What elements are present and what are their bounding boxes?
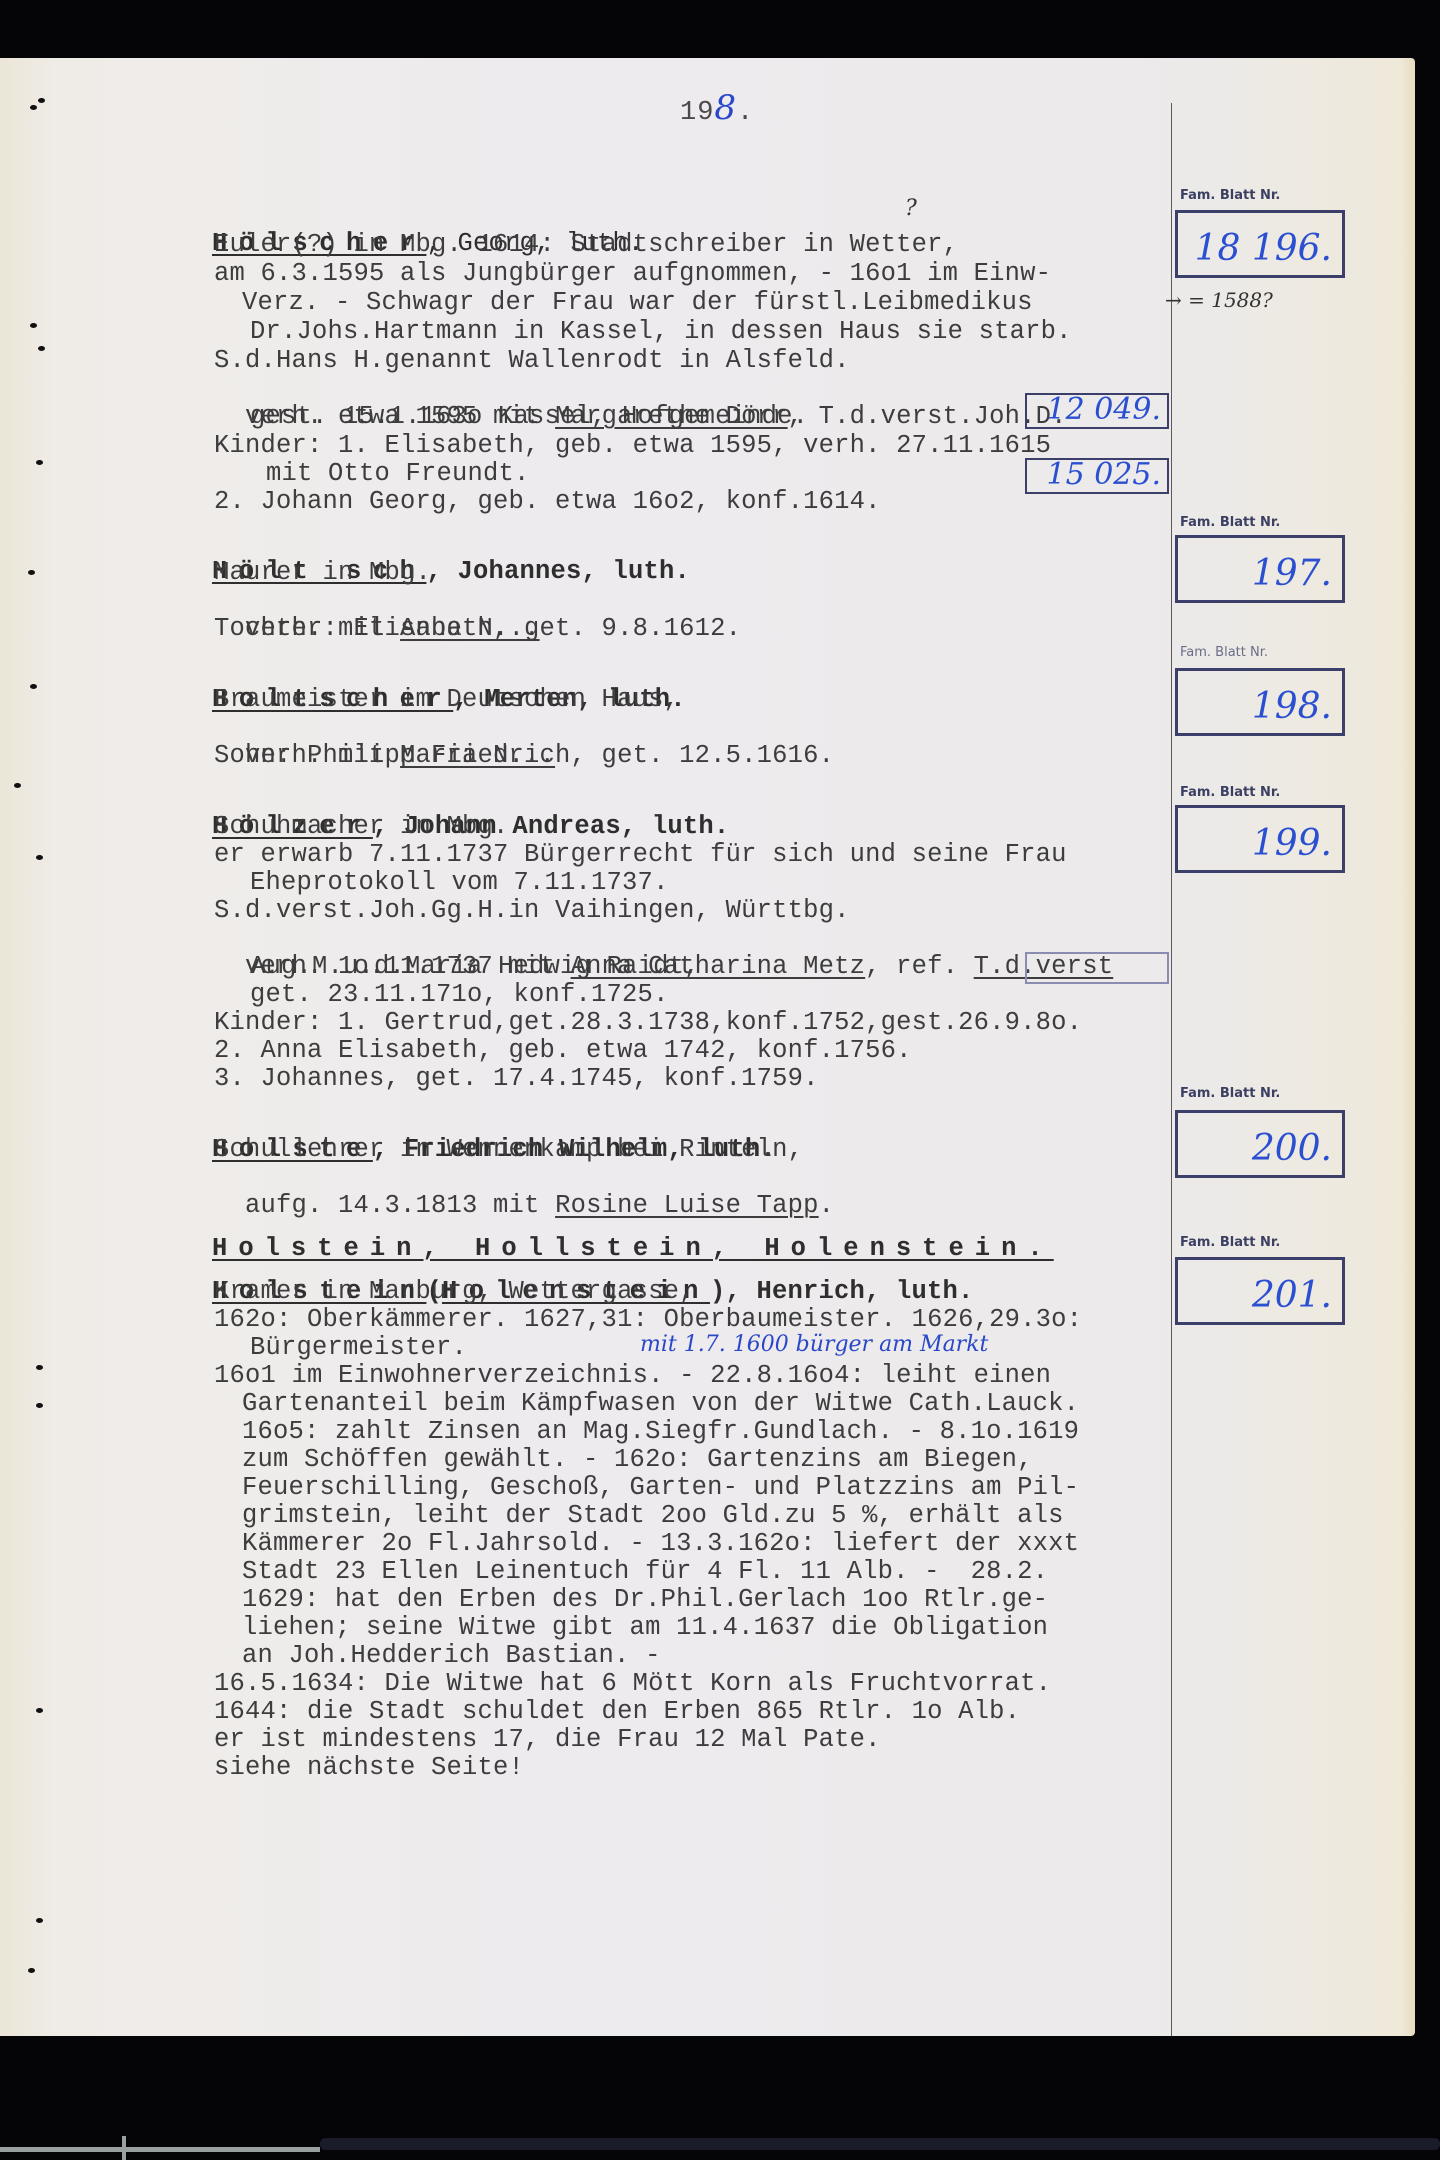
- entry-line: 1629: hat den Erben des Dr.Phil.Gerlach …: [242, 1586, 1048, 1614]
- family-sheet-stamp: 201.: [1175, 1257, 1345, 1325]
- family-sheet-stamp: 200.: [1175, 1110, 1345, 1178]
- binding-hole: [30, 323, 37, 328]
- stamp-label: Fam. Blatt Nr.: [1180, 1086, 1280, 1101]
- family-sheet-number: 198.: [1252, 686, 1332, 727]
- handwritten-note: mit 1.7. 1600 bürger am Markt: [640, 1332, 988, 1357]
- entry-line: Sohn: Philipp Friedrich, get. 12.5.1616.: [214, 742, 834, 770]
- binding-hole: [36, 855, 43, 860]
- entry-line: am 6.3.1595 als Jungbürger aufgnommen, -…: [214, 260, 1051, 288]
- entry-line: siehe nächste Seite!: [214, 1754, 524, 1782]
- stamp-label: Fam. Blatt Nr.: [1180, 515, 1280, 530]
- entry-given-names: , Johannes, luth.: [426, 557, 690, 586]
- entry-line: Stadt 23 Ellen Leinentuch für 4 Fl. 11 A…: [242, 1558, 1048, 1586]
- text-segment: , ref.: [865, 952, 974, 981]
- binding-hole: [36, 1365, 43, 1370]
- page-number: 198.: [680, 88, 754, 128]
- binding-hole: [30, 684, 37, 689]
- entry-given-names: ), Henrich, luth.: [710, 1277, 974, 1306]
- binding-hole: [28, 570, 35, 575]
- reference-box: 12 049.: [1025, 393, 1169, 429]
- reference-box: 15 025.: [1025, 458, 1169, 494]
- entry-line: 1644: die Stadt schuldet den Erben 865 R…: [214, 1698, 1020, 1726]
- entry-line: Kramer in Marburg, Wettergasse,: [214, 1278, 695, 1306]
- entry-line: 3. Johannes, get. 17.4.1745, konf.1759.: [214, 1065, 819, 1093]
- entry-line: Eheprotokoll vom 7.11.1737.: [250, 869, 669, 897]
- entry-line: Dr.Johs.Hartmann in Kassel, in dessen Ha…: [250, 318, 1072, 346]
- entry-line: er erwarb 7.11.1737 Bürgerrecht für sich…: [214, 841, 1067, 869]
- margin-rule: [1171, 103, 1172, 2036]
- entry-line: Maurer in Mbg.: [214, 559, 431, 587]
- stamp-label: Fam. Blatt Nr.: [1180, 785, 1280, 800]
- entry-line: 2. Anna Elisabeth, geb. etwa 1742, konf.…: [214, 1037, 912, 1065]
- margin-annotation: → = 1588?: [1165, 288, 1273, 312]
- binding-hole: [30, 105, 37, 110]
- reference-number: 15 025.: [1046, 457, 1161, 492]
- binding-hole: [28, 1968, 35, 1973]
- stamp-label: Fam. Blatt Nr.: [1180, 188, 1280, 203]
- binding-hole: [36, 1403, 43, 1408]
- stamp-label: Fam. Blatt Nr.: [1180, 1235, 1280, 1250]
- entry-line: Kinder: 1. Elisabeth, geb. etwa 1595, ve…: [214, 432, 1051, 460]
- entry-line: get. 23.11.171o, konf.1725.: [250, 981, 669, 1009]
- entry-line: Aug.M.u.d.Maria Hedwig Raidt,: [250, 953, 700, 981]
- entry-line: Tochter: Elisabeth, get. 9.8.1612.: [214, 615, 741, 643]
- entry-line: S.d.verst.Joh.Gg.H.in Vaihingen, Württbg…: [214, 897, 850, 925]
- scanner-edge: [0, 2147, 320, 2152]
- entry-line: Euler(?) in Mbg. 1614: Stadtschreiber in…: [214, 231, 958, 259]
- binding-hole: [36, 460, 43, 465]
- entry-line: grimstein, leiht der Stadt 2oo Gld.zu 5 …: [242, 1502, 1064, 1530]
- scanner-shadow: [320, 2138, 1440, 2150]
- entry-line: an Joh.Hedderich Bastian. -: [242, 1642, 661, 1670]
- entry-line: 2. Johann Georg, geb. etwa 16o2, konf.16…: [214, 488, 881, 516]
- entry-line: 162o: Oberkämmerer. 1627,31: Oberbaumeis…: [214, 1306, 1082, 1334]
- stamp-label: Fam. Blatt Nr.: [1180, 645, 1268, 660]
- family-sheet-number: 201.: [1252, 1275, 1332, 1316]
- entry-line: gest. 15.1.163o Kassel, Hofgemeinde.: [250, 403, 808, 431]
- entry-line: Kinder: 1. Gertrud,get.28.3.1738,konf.17…: [214, 1009, 1082, 1037]
- entry-line: Feuerschilling, Geschoß, Garten- und Pla…: [242, 1474, 1079, 1502]
- entry-line: Braumeister im Deutschen Haus,: [214, 686, 679, 714]
- entry-line: er ist mindestens 17, die Frau 12 Mal Pa…: [214, 1726, 881, 1754]
- family-sheet-number: 18 196.: [1195, 228, 1332, 269]
- entry-line: Schullehrer in Wennenkamp bei Rinteln,: [214, 1136, 803, 1164]
- page-number-suffix: .: [737, 98, 754, 128]
- binding-hole: [14, 783, 21, 788]
- entry-line: Kämmerer 2o Fl.Jahrsold. - 13.3.162o: li…: [242, 1530, 1079, 1558]
- entry-line: Gartenanteil beim Kämpfwasen von der Wit…: [242, 1390, 1079, 1418]
- family-sheet-stamp: 198.: [1175, 668, 1345, 736]
- reference-number: 12 049.: [1046, 392, 1161, 427]
- family-sheet-number: 197.: [1252, 553, 1332, 594]
- page-number-handwritten: 8: [714, 88, 737, 128]
- family-sheet-stamp: 197.: [1175, 535, 1345, 603]
- question-mark-annotation: ?: [905, 196, 917, 221]
- entry-line: liehen; seine Witwe gibt am 11.4.1637 di…: [242, 1614, 1048, 1642]
- entry-line: mit Otto Freundt.: [266, 460, 530, 488]
- entry-line: Schuhmacher in Mbg.: [214, 813, 509, 841]
- binding-hole: [36, 1918, 43, 1923]
- entry-line: zum Schöffen gewählt. - 162o: Gartenzins…: [242, 1446, 1033, 1474]
- entry-line: Verz. - Schwagr der Frau war der fürstl.…: [242, 289, 1033, 317]
- entry-line: 16.5.1634: Die Witwe hat 6 Mött Korn als…: [214, 1670, 1051, 1698]
- page-number-typed: 19: [680, 98, 714, 128]
- reference-box-empty: [1025, 952, 1169, 984]
- scanner-edge-tick: [122, 2136, 126, 2160]
- entry-line: S.d.Hans H.genannt Wallenrodt in Alsfeld…: [214, 347, 850, 375]
- family-sheet-number: 200.: [1252, 1128, 1332, 1169]
- entry-line: 16o1 im Einwohnerverzeichnis. - 22.8.16o…: [214, 1362, 1051, 1390]
- family-sheet-stamp: 18 196.: [1175, 210, 1345, 278]
- family-sheet-number: 199.: [1252, 823, 1332, 864]
- binding-hole: [38, 346, 45, 351]
- binding-hole: [38, 98, 45, 103]
- entry-line: 16o5: zahlt Zinsen an Mag.Siegfr.Gundlac…: [242, 1418, 1079, 1446]
- binding-hole: [36, 1708, 43, 1713]
- family-sheet-stamp: 199.: [1175, 805, 1345, 873]
- entry-line: Bürgermeister.: [250, 1334, 467, 1362]
